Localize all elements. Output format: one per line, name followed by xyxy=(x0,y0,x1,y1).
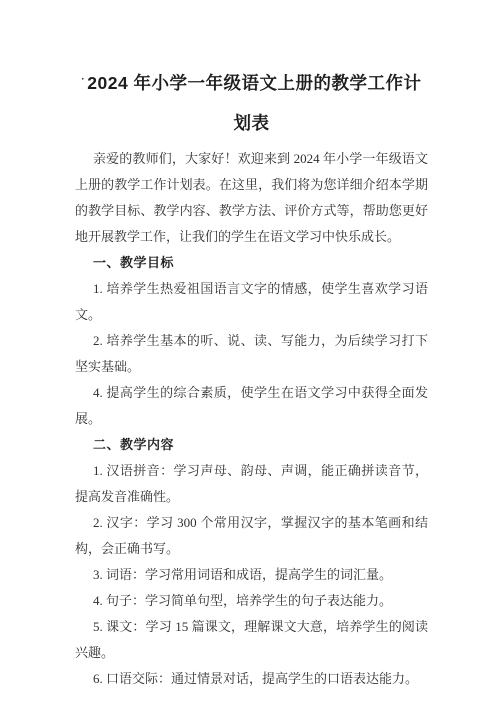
document-page: ·2024 年小学一年级语文上册的教学工作计 划表 亲爱的教师们，大家好！欢迎来… xyxy=(0,0,500,707)
section-2-item-1: 1. 汉语拼音：学习声母、韵母、声调，能正确拼读音节，提高发音准确性。 xyxy=(75,458,428,510)
document-title-text-2: 划表 xyxy=(234,113,270,133)
section-2-item-2: 2. 汉字：学习 300 个常用汉字，掌握汉字的基本笔画和结构，会正确书写。 xyxy=(75,510,428,562)
section-2-item-5: 5. 课文：学习 15 篇课文，理解课文大意，培养学生的阅读兴趣。 xyxy=(75,614,428,666)
section-1-item-4: 4. 提高学生的综合素质，使学生在语文学习中获得全面发展。 xyxy=(75,380,428,432)
section-2-item-6: 6. 口语交际：通过情景对话，提高学生的口语表达能力。 xyxy=(75,666,428,692)
document-title-text-1: 2024 年小学一年级语文上册的教学工作计 xyxy=(87,73,421,93)
section-1-heading: 一、教学目标 xyxy=(75,250,428,276)
section-1-item-1: 1. 培养学生热爱祖国语言文字的情感，使学生喜欢学习语文。 xyxy=(75,276,428,328)
document-title: ·2024 年小学一年级语文上册的教学工作计 划表 xyxy=(75,60,428,143)
document-title-line-1: ·2024 年小学一年级语文上册的教学工作计 xyxy=(75,60,428,103)
intro-paragraph: 亲爱的教师们，大家好！欢迎来到 2024 年小学一年级语文上册的教学工作计划表。… xyxy=(75,146,428,250)
section-2-item-4: 4. 句子：学习简单句型，培养学生的句子表达能力。 xyxy=(75,588,428,614)
section-2-heading: 二、教学内容 xyxy=(75,432,428,458)
title-bullet-mark: · xyxy=(81,74,85,85)
document-title-line-2: 划表 xyxy=(75,103,428,143)
section-2-item-3: 3. 词语：学习常用词语和成语，提高学生的词汇量。 xyxy=(75,562,428,588)
section-1-item-2: 2. 培养学生基本的听、说、读、写能力，为后续学习打下坚实基础。 xyxy=(75,328,428,380)
